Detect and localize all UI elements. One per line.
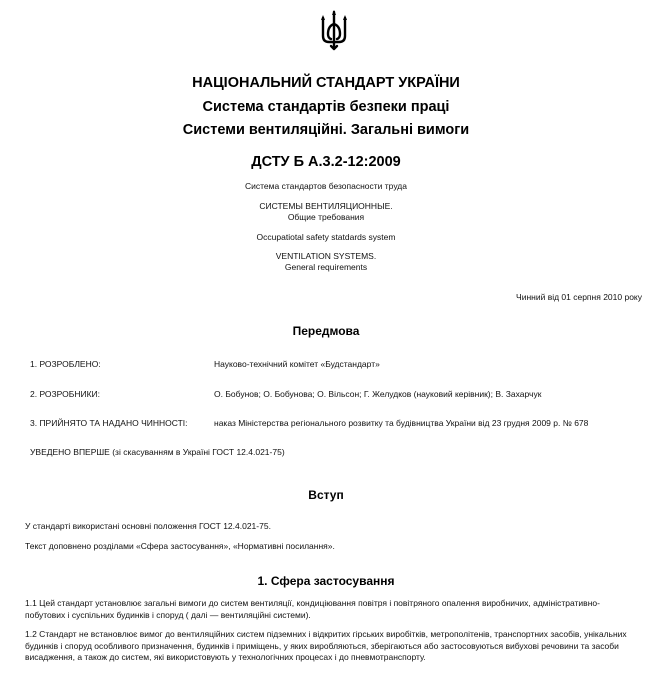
standard-code: ДСТУ Б А.3.2-12:2009 <box>0 154 652 171</box>
foreword-row-label: 3. ПРИЙНЯТО ТА НАДАНО ЧИННОСТІ: <box>30 418 188 428</box>
document-title: НАЦІОНАЛЬНИЙ СТАНДАРТ УКРАЇНИ <box>0 75 652 92</box>
scope-title: 1. Сфера застосування <box>0 574 652 588</box>
en-system-name: Occupatiotal safety statdards system <box>0 232 652 243</box>
introduction-paragraph: У стандарті використані основні положенн… <box>25 521 640 533</box>
document-subtitle-topic: Системи вентиляційні. Загальні вимоги <box>0 122 652 139</box>
effective-date: Чинний від 01 серпня 2010 року <box>516 292 642 302</box>
ru-system-name: Система стандартов безопасности труда <box>0 181 652 192</box>
introduced-note: УВЕДЕНО ВПЕРШЕ (зі скасуванням в Україні… <box>30 447 285 457</box>
foreword-title: Передмова <box>0 324 652 338</box>
foreword-row-label: 2. РОЗРОБНИКИ: <box>30 389 100 399</box>
en-title-line2: General requirements <box>0 262 652 273</box>
foreword-row-value: Науково-технічний комітет «Будстандарт» <box>214 359 380 369</box>
foreword-row-value: О. Бобунов; О. Бобунова; О. Вільсон; Г. … <box>214 389 541 399</box>
ru-title-line1: СИСТЕМЫ ВЕНТИЛЯЦИОННЫЕ. <box>0 201 652 212</box>
scope-paragraph: 1.1 Цей стандарт установлює загальні вим… <box>25 598 640 621</box>
document-subtitle-system: Система стандартів безпеки праці <box>0 99 652 116</box>
tryzub-icon <box>319 10 349 52</box>
introduction-paragraph: Текст доповнено розділами «Сфера застосу… <box>25 541 640 553</box>
en-title-line1: VENTILATION SYSTEMS. <box>0 251 652 262</box>
foreword-row-label: 1. РОЗРОБЛЕНО: <box>30 359 101 369</box>
ru-title-line2: Общие требования <box>0 212 652 223</box>
foreword-row-value: наказ Міністерства регіонального розвитк… <box>214 418 588 428</box>
scope-paragraph: 1.2 Стандарт не встановлює вимог до вент… <box>25 629 640 664</box>
introduction-title: Вступ <box>0 488 652 502</box>
